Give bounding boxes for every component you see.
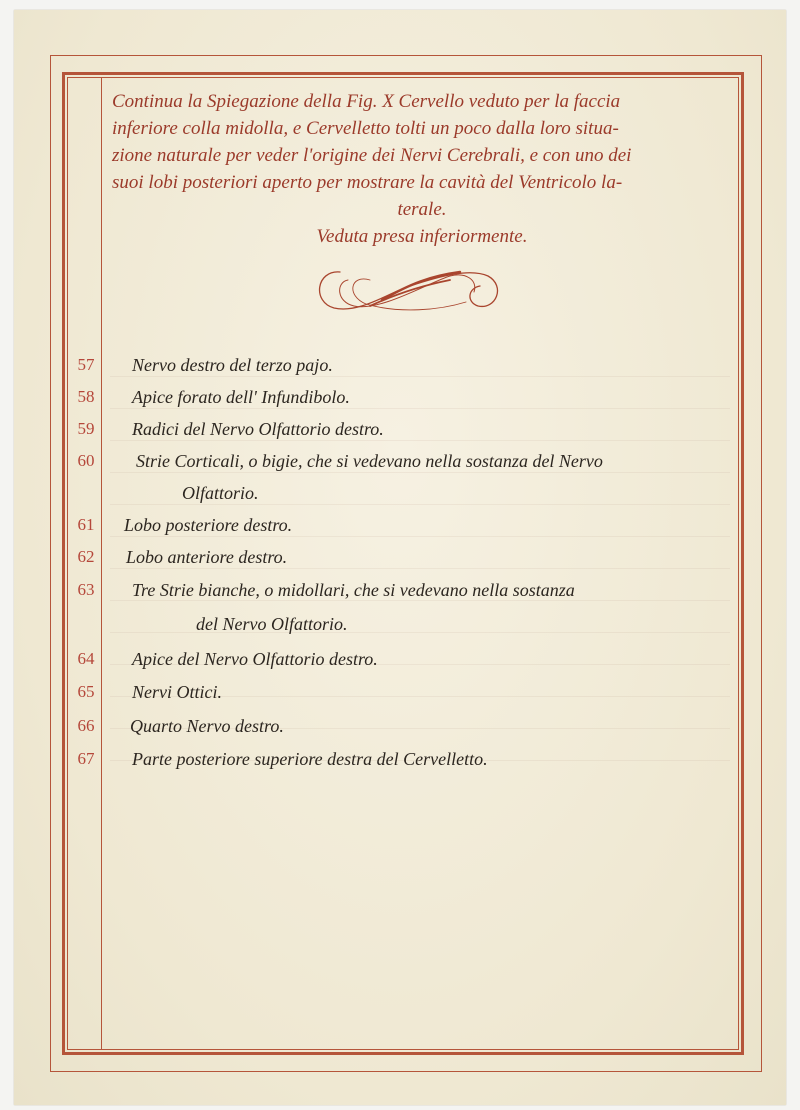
entry-text: Lobo posteriore destro. bbox=[124, 515, 292, 536]
ruled-line bbox=[110, 568, 730, 569]
ruled-line bbox=[110, 504, 730, 505]
entry-number: 64 bbox=[72, 649, 100, 669]
entry-continuation: del Nervo Olfattorio. bbox=[196, 614, 348, 635]
heading: Continua la Spiegazione della Fig. X Cer… bbox=[112, 88, 732, 250]
number-margin-rule bbox=[101, 78, 102, 1050]
entry-number: 65 bbox=[72, 682, 100, 702]
entry-text: Apice del Nervo Olfattorio destro. bbox=[132, 649, 378, 670]
ruled-line bbox=[110, 408, 730, 409]
heading-line: zione naturale per veder l'origine dei N… bbox=[112, 142, 732, 169]
ruled-line bbox=[110, 536, 730, 537]
heading-line: Continua la Spiegazione della Fig. X Cer… bbox=[112, 88, 732, 115]
entry-text: Apice forato dell' Infundibolo. bbox=[132, 387, 350, 408]
flourish-ornament-icon bbox=[310, 262, 510, 318]
ruled-line bbox=[110, 376, 730, 377]
entry-text: Tre Strie bianche, o midollari, che si v… bbox=[132, 580, 575, 601]
entry-text: Quarto Nervo destro. bbox=[130, 716, 284, 737]
entry-text: Strie Corticali, o bigie, che si vedevan… bbox=[136, 451, 603, 472]
entry-text: Nervi Ottici. bbox=[132, 682, 222, 703]
ruled-line bbox=[110, 440, 730, 441]
entry-number: 61 bbox=[72, 515, 100, 535]
entry-number: 63 bbox=[72, 580, 100, 600]
entry-number: 59 bbox=[72, 419, 100, 439]
ruled-line bbox=[110, 472, 730, 473]
heading-line: suoi lobi posteriori aperto per mostrare… bbox=[112, 169, 732, 196]
entry-number: 60 bbox=[72, 451, 100, 471]
entry-number: 67 bbox=[72, 749, 100, 769]
entry-text: Parte posteriore superiore destra del Ce… bbox=[132, 749, 488, 770]
subheading: Veduta presa inferiormente. bbox=[112, 223, 732, 250]
entry-text: Radici del Nervo Olfattorio destro. bbox=[132, 419, 384, 440]
entry-continuation: Olfattorio. bbox=[182, 483, 259, 504]
entry-text: Lobo anteriore destro. bbox=[126, 547, 287, 568]
entry-number: 62 bbox=[72, 547, 100, 567]
heading-line: terale. bbox=[112, 196, 732, 223]
entry-text: Nervo destro del terzo pajo. bbox=[132, 355, 333, 376]
entry-number: 66 bbox=[72, 716, 100, 736]
entry-number: 57 bbox=[72, 355, 100, 375]
heading-line: inferiore colla midolla, e Cervelletto t… bbox=[112, 115, 732, 142]
entry-number: 58 bbox=[72, 387, 100, 407]
